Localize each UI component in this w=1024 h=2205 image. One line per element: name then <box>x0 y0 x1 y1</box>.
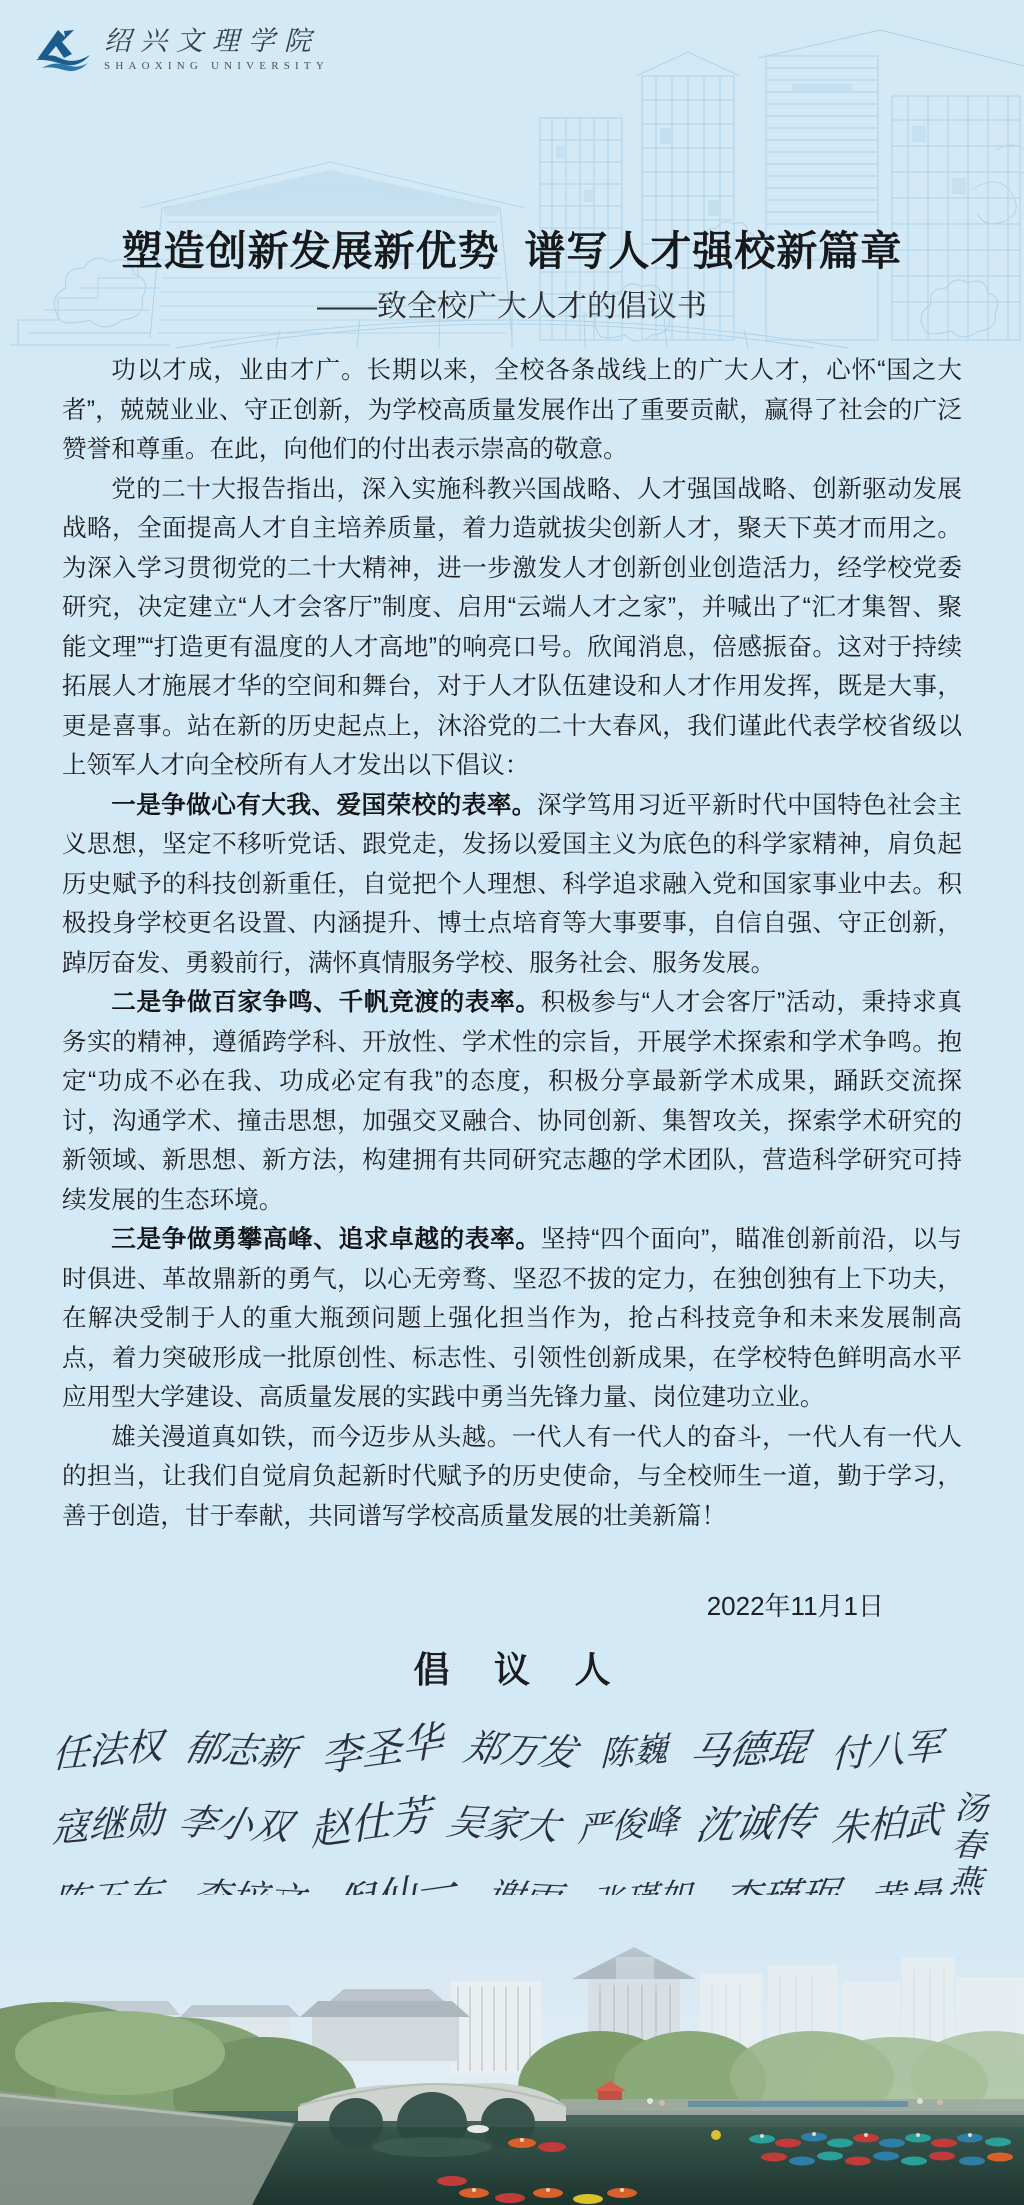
body-paragraph: 雄关漫道真如铁，而今迈步从头越。一代人有一代人的奋斗，一代人有一代人的担当，让我… <box>62 1418 962 1537</box>
signature: 马德琨 <box>686 1717 813 1777</box>
body-paragraph: 功以才成，业由才广。长期以来，全校各条战线上的广大人才，心怀“国之大者”，兢兢业… <box>62 351 962 470</box>
university-logo: 绍兴文理学院 SHAOXING UNIVERSITY <box>34 24 329 72</box>
body-paragraph: 二是争做百家争鸣、千帆竞渡的表率。积极参与“人才会客厅”活动，秉持求真务实的精神… <box>62 983 962 1220</box>
main-title: 塑造创新发展新优势 谱写人才强校新篇章 <box>0 218 1024 277</box>
subtitle: ——致全校广大人才的倡议书 <box>0 281 1024 325</box>
signature: 陈巍 <box>600 1721 669 1776</box>
body-paragraph: 三是争做勇攀高峰、追求卓越的表率。坚持“四个面向”，瞄准创新前沿，以与时俱进、革… <box>62 1220 962 1418</box>
signature: 沈诚传 <box>692 1791 819 1851</box>
proposal-poster: 绍兴文理学院 SHAOXING UNIVERSITY 塑造创新发展新优势 谱写人… <box>0 0 1024 2205</box>
university-logo-mark-icon <box>34 24 92 72</box>
signature-row: 寇继勋 李小双 赵仕芳 吴家大 严俊峰 沈诚传 朱柏武 <box>52 1790 942 1864</box>
signature: 朱柏武 <box>831 1789 943 1853</box>
signature: 李小双 <box>174 1791 297 1850</box>
signature: 寇继勋 <box>52 1789 164 1853</box>
signature: 严俊峰 <box>577 1793 679 1851</box>
signature: 汤春燕 <box>939 1788 994 1902</box>
signers-heading: 倡 议 人 <box>0 1642 1024 1693</box>
signature: 付八军 <box>831 1715 943 1779</box>
body-paragraph: 党的二十大报告指出，深入实施科教兴国战略、人才强国战略、创新驱动发展战略，全面提… <box>62 470 962 786</box>
logo-english-name: SHAOXING UNIVERSITY <box>104 61 329 72</box>
proposal-body: 功以才成，业由才广。长期以来，全校各条战线上的广大人才，心怀“国之大者”，兢兢业… <box>62 351 962 1576</box>
signature: 赵仕芳 <box>307 1781 433 1857</box>
body-paragraph: 一是争做心有大我、爱国荣校的表率。深学笃用习近平新时代中国特色社会主义思想，坚定… <box>62 786 962 984</box>
date: 2022年11月1日 <box>707 1586 884 1623</box>
signature: 郑万发 <box>460 1717 583 1776</box>
signature: 吴家大 <box>443 1791 566 1850</box>
signature-row: 任法权 郁志新 李圣华 郑万发 陈巍 马德琨 付八军 <box>52 1716 942 1790</box>
signature: 李圣华 <box>319 1707 445 1783</box>
signature: 郁志新 <box>180 1717 303 1776</box>
signature: 任法权 <box>52 1715 164 1779</box>
logo-chinese-name: 绍兴文理学院 <box>104 28 329 55</box>
campus-photo <box>0 1895 1024 2205</box>
